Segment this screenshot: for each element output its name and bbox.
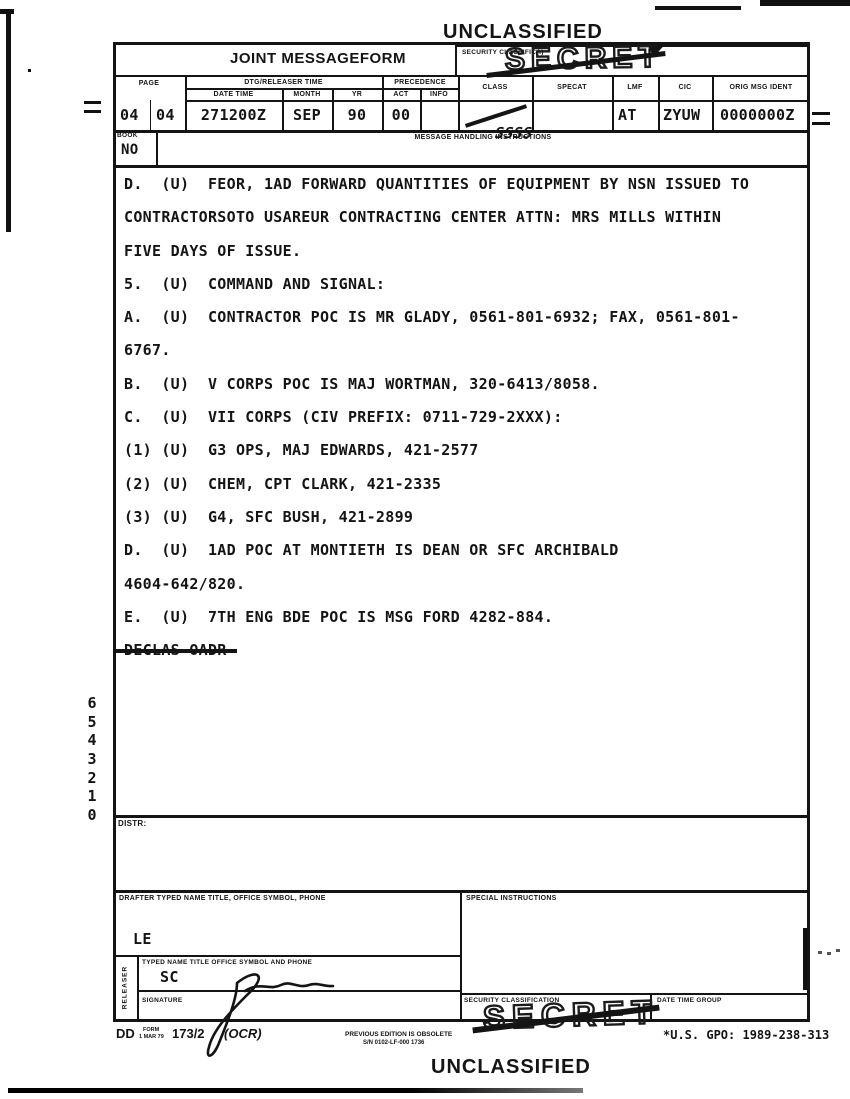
- form-small-date: 1 MAR 79: [139, 1034, 164, 1040]
- yr-label: YR: [332, 91, 382, 98]
- margin-digit: 6: [84, 694, 100, 713]
- margin-digit: 0: [84, 806, 100, 825]
- message-body-line: CONTRACTORSOTO USAREUR CONTRACTING CENTE…: [124, 201, 784, 234]
- previous-edition-note: PREVIOUS EDITION IS OBSOLETE: [345, 1031, 452, 1038]
- message-body-line: 6767.: [124, 334, 784, 367]
- message-body-text: D. (U) FEOR, 1AD FORWARD QUANTITIES OF E…: [124, 168, 784, 667]
- scan-mark-left-equals-bottom: [84, 110, 101, 113]
- scan-mark-top-line: [655, 6, 741, 10]
- yr-value: 90: [332, 106, 382, 124]
- message-body-line: C. (U) VII CORPS (CIV PREFIX: 0711-729-2…: [124, 401, 784, 434]
- scan-dot: [818, 951, 822, 954]
- page-value-1: 04: [120, 106, 139, 124]
- scan-mark-right-equals-top: [812, 112, 830, 115]
- specat-column-label: SPECAT: [532, 84, 612, 91]
- margin-digit: 1: [84, 787, 100, 806]
- lmf-value: AT: [618, 106, 637, 124]
- month-label: MONTH: [282, 91, 332, 98]
- scan-mark-left-equals-top: [84, 101, 101, 104]
- signature-scribble: [185, 965, 355, 1060]
- margin-digit: 4: [84, 731, 100, 750]
- drafter-label: DRAFTER TYPED NAME TITLE, OFFICE SYMBOL,…: [119, 895, 326, 902]
- message-body-line: D. (U) 1AD POC AT MONTIETH IS DEAN OR SF…: [124, 534, 784, 567]
- grid-line: [137, 955, 139, 1022]
- lmf-column-label: LMF: [612, 84, 658, 91]
- precedence-column-label: PRECEDENCE: [382, 79, 458, 86]
- message-body-line: 4604-642/820.: [124, 568, 784, 601]
- bottom-classification-banner: UNCLASSIFIED: [431, 1056, 591, 1079]
- info-label: INFO: [420, 91, 458, 98]
- scan-mark-top-right-line: [760, 0, 850, 6]
- form-id-prefix: DD: [116, 1026, 135, 1041]
- page-column-label: PAGE: [113, 80, 185, 87]
- scanned-message-form-page: UNCLASSIFIED JOINT MESSAGEFORM SECURITY …: [0, 0, 850, 1099]
- scan-dot: [836, 949, 840, 952]
- message-body-line: DECLAS OADR: [124, 634, 784, 667]
- distr-label: DISTR:: [118, 819, 146, 828]
- message-body-line: E. (U) 7TH ENG BDE POC IS MSG FORD 4282-…: [124, 601, 784, 634]
- message-body-line: B. (U) V CORPS POC IS MAJ WORTMAN, 320-6…: [124, 368, 784, 401]
- message-body-line: (3) (U) G4, SFC BUSH, 421-2899: [124, 501, 784, 534]
- orig-msg-ident-value: 0000000Z: [720, 106, 795, 124]
- message-body-line: (1) (U) G3 OPS, MAJ EDWARDS, 421-2577: [124, 434, 784, 467]
- signature-label: SIGNATURE: [142, 997, 183, 1004]
- message-handling-instructions-label: MESSAGE HANDLING INSTRUCTIONS: [156, 134, 810, 141]
- top-classification-banner: UNCLASSIFIED: [443, 21, 603, 44]
- dtg-column-label: DTG/RELEASER TIME: [185, 79, 382, 86]
- scan-dot: [827, 952, 831, 955]
- act-label: ACT: [382, 91, 420, 98]
- date-time-value: 271200Z: [185, 106, 282, 124]
- book-value: NO: [121, 142, 138, 158]
- margin-scale-digits: 6543210: [84, 694, 100, 825]
- grid-line: [113, 955, 460, 957]
- grid-line: [113, 75, 810, 77]
- message-body-line: D. (U) FEOR, 1AD FORWARD QUANTITIES OF E…: [124, 168, 784, 201]
- margin-digit: 2: [84, 769, 100, 788]
- security-box-left-border: [455, 45, 457, 75]
- date-time-label: DATE TIME: [185, 91, 282, 98]
- form-title: JOINT MESSAGEFORM: [230, 50, 406, 67]
- gpo-number: *U.S. GPO: 1989-238-313: [663, 1028, 829, 1042]
- releaser-label: RELEASER: [122, 960, 129, 1016]
- date-time-group-label: DATE TIME GROUP: [657, 997, 722, 1004]
- scan-mark-bottom-line: [8, 1088, 583, 1093]
- class-column-label: CLASS: [458, 84, 532, 91]
- typed-name-value: SC: [160, 968, 179, 986]
- grid-line: [113, 815, 810, 818]
- form-suffix: (OCR): [224, 1026, 262, 1041]
- margin-digit: 3: [84, 750, 100, 769]
- book-label: BOOK: [117, 132, 138, 139]
- cic-column-label: CIC: [658, 84, 712, 91]
- drafter-value: LE: [133, 930, 152, 948]
- cic-value: ZYUW: [663, 106, 700, 124]
- grid-line: [460, 890, 462, 1022]
- page-value-2: 04: [156, 106, 175, 124]
- scan-mark-right-equals-bottom: [812, 122, 830, 125]
- stock-number: S/N 0102-LF-000 1736: [363, 1040, 424, 1046]
- message-body-line: A. (U) CONTRACTOR POC IS MR GLADY, 0561-…: [124, 301, 784, 334]
- act-value: 00: [382, 106, 420, 124]
- orig-msg-ident-column-label: ORIG MSG IDENT: [712, 84, 810, 91]
- margin-digit: 5: [84, 713, 100, 732]
- special-instructions-label: SPECIAL INSTRUCTIONS: [466, 895, 557, 902]
- message-body-line: FIVE DAYS OF ISSUE.: [124, 235, 784, 268]
- message-body-line: 5. (U) COMMAND AND SIGNAL:: [124, 268, 784, 301]
- message-body-line: (2) (U) CHEM, CPT CLARK, 421-2335: [124, 468, 784, 501]
- scan-mark-left-bar: [6, 10, 11, 232]
- form-number: 173/2: [172, 1026, 205, 1041]
- grid-line: [185, 100, 810, 102]
- grid-line: [150, 100, 151, 130]
- scan-dot: [28, 69, 31, 72]
- grid-line: [185, 88, 458, 90]
- month-value: SEP: [282, 106, 332, 124]
- form-small-form: FORM: [143, 1027, 159, 1033]
